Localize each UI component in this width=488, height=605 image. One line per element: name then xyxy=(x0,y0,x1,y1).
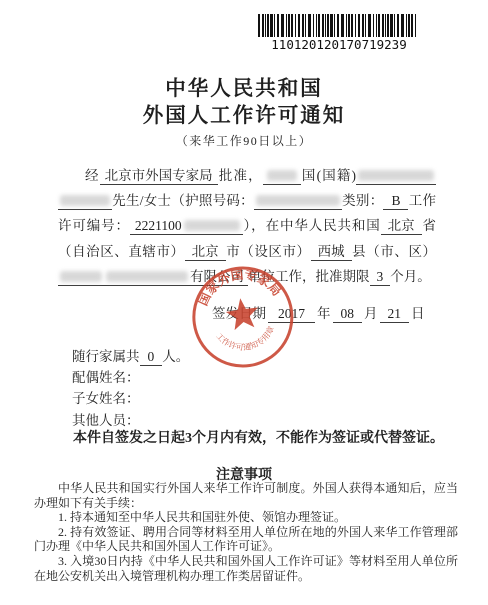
barcode-bar xyxy=(408,14,410,37)
barcode-bar xyxy=(305,14,306,37)
text-segment: 先生/女士（护照号码： xyxy=(112,193,254,208)
form-blank-field: 2017 xyxy=(268,305,315,323)
barcode-bar xyxy=(291,14,293,37)
field-value: 西城 xyxy=(316,244,347,259)
body-paragraph: 经北京市外国专家局批准，国(国籍)先生/女士（护照号码：类别：B工作许可编号：2… xyxy=(58,163,436,289)
barcode-bar xyxy=(362,14,364,37)
barcode-bar xyxy=(415,14,416,37)
validity-note: 本件自签发之日起3个月内有效，不能作为签证或代替签证。 xyxy=(73,430,463,447)
text-segment: 单位工作，批准期限 xyxy=(248,269,370,284)
text-segment: 县（市、区） xyxy=(352,244,436,259)
barcode-bar xyxy=(351,14,353,37)
form-blank-field: 北京 xyxy=(381,217,422,235)
document-title: 中华人民共和国 外国人工作许可通知 xyxy=(0,76,488,130)
text-segment: ），在中华人民共和国 xyxy=(243,218,381,233)
field-value: 3 xyxy=(375,269,386,284)
others-label: 其他人员： xyxy=(72,413,140,429)
text-segment: 月 xyxy=(364,306,378,321)
text-segment: 类别： xyxy=(342,193,384,208)
barcode-bar xyxy=(265,14,266,37)
barcode-bar xyxy=(330,14,333,37)
form-blank-field: 北京 xyxy=(185,243,226,261)
form-blank-field xyxy=(356,167,436,185)
barcode-bar xyxy=(288,14,290,37)
barcode-bar xyxy=(334,14,335,37)
field-value: 08 xyxy=(339,306,357,321)
barcode-bar xyxy=(286,14,287,37)
barcode-bar xyxy=(298,14,300,37)
work-permit-notice-document: 110120120170719239 中华人民共和国 外国人工作许可通知 （来华… xyxy=(0,0,488,605)
barcode-bar xyxy=(267,14,269,37)
barcode-bar xyxy=(270,14,273,37)
form-blank-field: 08 xyxy=(333,305,363,323)
document-subtitle: （来华工作90日以上） xyxy=(0,132,488,149)
text-segment: 年 xyxy=(317,306,331,321)
title-line-2: 外国人工作许可通知 xyxy=(0,103,488,130)
field-value: 北京 xyxy=(386,218,417,233)
barcode-bar xyxy=(346,14,347,37)
redacted-blur xyxy=(358,170,434,181)
field-value: 北京 xyxy=(190,244,221,259)
barcode-bar xyxy=(411,14,413,37)
text-segment: 个月。 xyxy=(390,269,431,284)
barcode-bar xyxy=(365,14,366,37)
children-name-label: 子女姓名： xyxy=(72,391,140,407)
issue-date-line: 签发日期2017年08月21日 xyxy=(212,304,425,324)
redacted-blur xyxy=(60,271,102,282)
field-value: B xyxy=(389,193,402,208)
barcode-bar xyxy=(397,14,399,37)
barcode-bar xyxy=(382,14,384,37)
barcode-bar xyxy=(390,14,393,37)
barcode-bar xyxy=(295,14,296,37)
barcode-bar xyxy=(348,14,350,37)
text-segment: 市（设区市） xyxy=(226,244,311,259)
form-blank-field: 西城 xyxy=(311,243,352,261)
barcode-bar xyxy=(368,14,371,37)
field-value: 21 xyxy=(386,306,404,321)
title-line-1: 中华人民共和国 xyxy=(0,76,488,103)
barcode-bar xyxy=(313,14,314,37)
text-segment: 国 xyxy=(301,168,317,183)
redacted-blur xyxy=(184,220,240,231)
barcode-bar xyxy=(355,14,356,37)
barcode-bar xyxy=(327,14,329,37)
notice-paragraph: 3. 入境30日内持《中华人民共和国外国人工作许可证》等材料至用人单位所在地公安… xyxy=(34,554,458,583)
barcode-bar xyxy=(387,14,389,37)
form-blank-field: 21 xyxy=(380,305,410,323)
field-value: 2017 xyxy=(276,306,307,321)
notice-paragraph: 1. 持本通知至中华人民共和国驻外使、领馆办理签证。 xyxy=(34,510,458,525)
barcode-bar xyxy=(281,14,284,37)
barcode-bar xyxy=(318,14,320,37)
barcode xyxy=(258,14,420,37)
text-segment: 随行家属共 xyxy=(72,349,140,364)
barcode-bar xyxy=(401,14,404,37)
notice-paragraphs: 中华人民共和国实行外国人来华工作许可制度。外国人获得本通知后，应当办理如下有关手… xyxy=(34,481,458,583)
field-value: 0 xyxy=(146,349,157,364)
form-blank-field xyxy=(58,192,112,210)
barcode-bar xyxy=(258,14,260,37)
form-blank-field: 2221100 xyxy=(130,217,243,235)
barcode-bar xyxy=(376,14,377,37)
text-segment: 批准， xyxy=(218,168,263,183)
barcode-bar xyxy=(308,14,311,37)
form-blank-field: 0 xyxy=(140,348,163,366)
text-segment: 签发日期 xyxy=(212,306,266,321)
form-blank-field: 北京市外国专家局 xyxy=(100,167,218,185)
field-value: 有限公司 xyxy=(188,269,246,284)
redacted-blur xyxy=(60,195,110,206)
barcode-bar xyxy=(394,14,395,37)
form-blank-field: B xyxy=(383,192,408,210)
form-blank-field xyxy=(263,167,301,185)
notice-paragraph: 中华人民共和国实行外国人来华工作许可制度。外国人获得本通知后，应当办理如下有关手… xyxy=(34,481,458,510)
barcode-number: 110120120170719239 xyxy=(256,37,422,52)
barcode-bar xyxy=(277,14,279,37)
redacted-blur xyxy=(256,195,340,206)
barcode-bar xyxy=(373,14,374,37)
redacted-blur xyxy=(267,170,297,181)
text-segment: (国籍) xyxy=(317,168,356,183)
family-count-line: 随行家属共0人。 xyxy=(72,348,189,366)
field-value: 北京市外国专家局 xyxy=(103,168,215,183)
barcode-bar xyxy=(341,14,344,37)
form-blank-field: 有限公司 xyxy=(104,268,248,286)
spouse-name-label: 配偶姓名： xyxy=(72,370,140,386)
barcode-bar xyxy=(322,14,324,37)
seal-inner-text: 工作许可通知专用章 xyxy=(213,323,278,356)
barcode-bar xyxy=(325,14,326,37)
barcode-bar xyxy=(406,14,407,37)
field-value: 2221100 xyxy=(133,218,184,233)
form-blank-field xyxy=(58,268,104,286)
text-segment: 人。 xyxy=(162,349,189,364)
barcode-bar xyxy=(385,14,386,37)
redacted-blur xyxy=(106,271,188,282)
form-blank-field: 3 xyxy=(370,268,391,286)
barcode-bar xyxy=(316,14,317,37)
barcode-bar xyxy=(302,14,304,37)
barcode-bar xyxy=(337,14,339,37)
notice-paragraph: 2. 持有效签证、聘用合同等材料至用人单位所在地的外国人来华工作管理部门办理《中… xyxy=(34,525,458,554)
barcode-bar xyxy=(262,14,264,37)
text-segment: 日 xyxy=(411,306,425,321)
barcode-bar xyxy=(358,14,360,37)
form-blank-field xyxy=(254,192,342,210)
text-segment: 经 xyxy=(85,168,100,183)
barcode-bar xyxy=(378,14,380,37)
barcode-bar xyxy=(274,14,275,37)
